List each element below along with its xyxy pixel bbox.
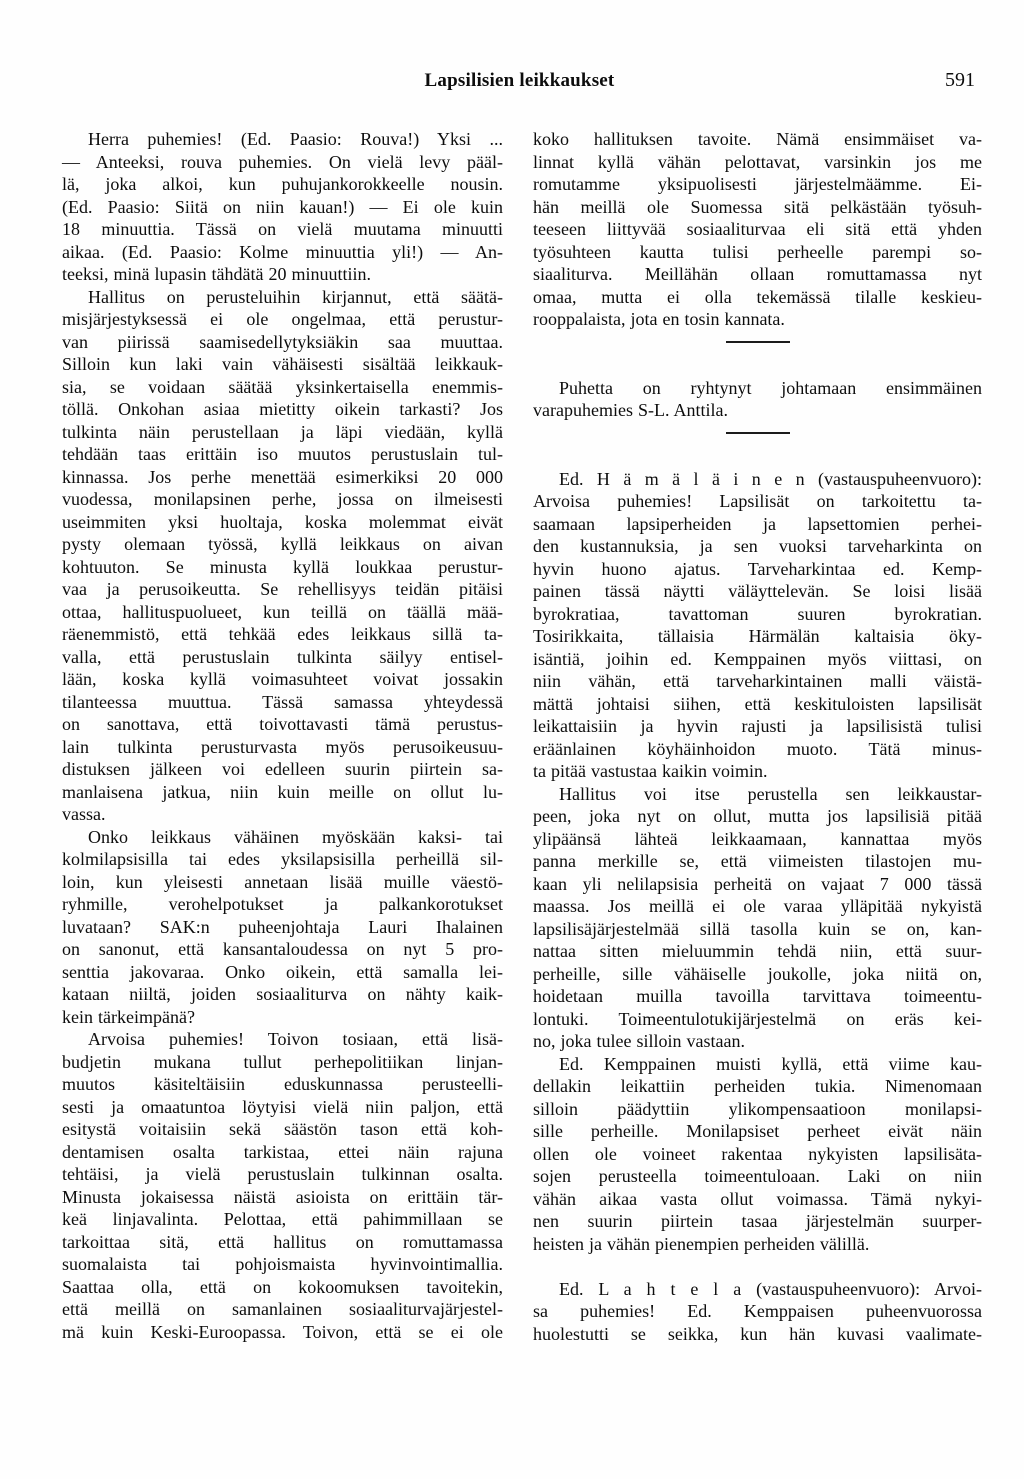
text-line: peen, joka nyt on ollut, mutta jos lapsi… <box>533 805 982 828</box>
text-line: töllä. Onkohan asiaa mietitty oikein tar… <box>62 398 503 421</box>
text-line: mättä johtaisi siihen, että keskituloist… <box>533 693 982 716</box>
text-line: eräänlainen köyhäinhoidon muoto. Tätä mi… <box>533 738 982 761</box>
text-line: sojen perusteella toimeentuloaan. Laki o… <box>533 1165 982 1188</box>
text-line: heisten ja vähän pienempien perheiden vä… <box>533 1233 982 1256</box>
text-line: koko hallituksen tavoite. Nämä ensimmäis… <box>533 128 982 151</box>
document-page: Lapsilisien leikkaukset 591 Herra puhemi… <box>0 0 1024 1479</box>
paragraph: Onko leikkaus vähäinen myöskään kaksi- t… <box>62 826 503 1029</box>
page-number: 591 <box>945 69 975 92</box>
text-line: huolestutti se seikka, kun hän kuvasi va… <box>533 1323 982 1346</box>
text-line: kohtuuton. Se minusta kyllä loukkaa peru… <box>62 556 503 579</box>
paragraph: Arvoisa puhemies! Toivon tosiaan, että l… <box>62 1028 503 1343</box>
text-line: että meillä on samanlainen sosiaaliturva… <box>62 1298 503 1321</box>
text-line: lapsilisäjärjestelmää sillä tasolla kuin… <box>533 918 982 941</box>
text-line: (Ed. Paasio: Siitä on niin kauan!) — Ei … <box>62 196 503 219</box>
text-line: Tosirikkaita, tällaisia Härmälän kaltais… <box>533 625 982 648</box>
paragraph: Hallitus on perusteluihin kirjannut, ett… <box>62 286 503 826</box>
text-line: ottaa, hallituspuolueet, kun teillä on t… <box>62 601 503 624</box>
text-line: räenemmistö, että tehkää edes leikkaus s… <box>62 623 503 646</box>
text-line: tilanteessa muuttua. Tässä samassa yhtey… <box>62 691 503 714</box>
paragraph: koko hallituksen tavoite. Nämä ensimmäis… <box>533 128 982 331</box>
text-line: hyvin huono ajatus. Tarveharkintaa ed. K… <box>533 558 982 581</box>
text-line: pysty olemaan työssä, kyllä leikkaus on … <box>62 533 503 556</box>
text-line: on sanonut, että kansantaloudessa on nyt… <box>62 938 503 961</box>
text-line: lontuki. Toimeentulotukijärjestelmä on e… <box>533 1008 982 1031</box>
section-divider <box>726 341 790 343</box>
text-line: hoidetaan muilla tavoilla tarvittava toi… <box>533 985 982 1008</box>
text-line: Hallitus voi itse perustella sen leikkau… <box>533 783 982 806</box>
text-line: kaan yli nelilapsisia perheitä on vajaat… <box>533 873 982 896</box>
section-divider <box>726 432 790 434</box>
text-line: senttia jakovaraa. Onko oikein, että sam… <box>62 961 503 984</box>
text-line: silloin päädyttiin ylikompensaatioon mon… <box>533 1098 982 1121</box>
text-line: — Anteeksi, rouva puhemies. On vielä lev… <box>62 151 503 174</box>
text-line: varapuhemies S-L. Anttila. <box>533 399 982 422</box>
text-line: budjetin mukana tullut perhepolitiikan l… <box>62 1051 503 1074</box>
text-line: Saattaa olla, että on kokoomuksen tavoit… <box>62 1276 503 1299</box>
paragraph: Ed. Kemppainen muisti kyllä, että viime … <box>533 1053 982 1256</box>
text-line: kein tärkeimpänä? <box>62 1006 503 1029</box>
text-line: vähän aikaa vasta ollut voimassa. Tämä n… <box>533 1188 982 1211</box>
vertical-gap <box>533 1255 982 1278</box>
paragraph: Ed. H ä m ä l ä i n e n (vastauspuheenvu… <box>533 468 982 783</box>
paragraph: Puhetta on ryhtynyt johtamaan ensimmäine… <box>533 377 982 422</box>
text-line: Hallitus on perusteluihin kirjannut, ett… <box>62 286 503 309</box>
text-line: Arvoisa puhemies! Lapsilisät on tarkoite… <box>533 490 982 513</box>
text-line: Onko leikkaus vähäinen myöskään kaksi- t… <box>62 826 503 849</box>
text-line: on sanottava, että toivottavasti tämä pe… <box>62 713 503 736</box>
text-line: sille perheille. Monilapsiset perheet ei… <box>533 1120 982 1143</box>
text-line: sia, se voidaan säätää yksinkertaisella … <box>62 376 503 399</box>
text-line: hän meillä ole Suomessa sitä pelkästään … <box>533 196 982 219</box>
text-line: maassa. Jos meillä ei ole varaa ylläpitä… <box>533 895 982 918</box>
text-line: esitystä voitaisiin sekä säästön tason e… <box>62 1118 503 1141</box>
text-line: ryhmille, verohelpotukset ja palkankorot… <box>62 893 503 916</box>
text-line: kinnassa. Jos perhe menettää esimerkiksi… <box>62 466 503 489</box>
text-line: tehdään taas erittäin iso muutos perustu… <box>62 443 503 466</box>
page-header: Lapsilisien leikkaukset 591 <box>62 70 977 98</box>
text-line: tulkinta näin perustellaan ja läpi viedä… <box>62 421 503 444</box>
text-line: panna merkille se, että viimeisten tilas… <box>533 850 982 873</box>
text-line: tarkoittaa sitä, että hallitus on romutt… <box>62 1231 503 1254</box>
text-line: Ed. L a h t e l a (vastauspuheenvuoro): … <box>533 1278 982 1301</box>
text-line: vassa. <box>62 803 503 826</box>
text-line: painen tässä näytti väläyttelevän. Se lo… <box>533 580 982 603</box>
text-line: Ed. Kemppainen muisti kyllä, että viime … <box>533 1053 982 1076</box>
text-line: useimmiten yksi huoltaja, koska molemmat… <box>62 511 503 534</box>
text-line: perheille, sille vähäiselle joukolle, jo… <box>533 963 982 986</box>
text-line: isäntiä, joihin ed. Kemppainen myös viit… <box>533 648 982 671</box>
text-line: ta pitää vastustaa kaikin voimin. <box>533 760 982 783</box>
text-line: teeksi, minä lupasin tähdätä 20 minuutti… <box>62 263 503 286</box>
text-line: nattaa sitten mieluummin tehdä niin, ett… <box>533 940 982 963</box>
text-line: mä kuin Keski-Euroopassa. Toivon, että s… <box>62 1321 503 1344</box>
text-line: luvataan? SAK:n puheenjohtaja Lauri Ihal… <box>62 916 503 939</box>
text-line: linnat kyllä vähän pelottavat, varsinkin… <box>533 151 982 174</box>
text-line: niin vähän, että tarveharkintainen malli… <box>533 670 982 693</box>
text-line: Ed. H ä m ä l ä i n e n (vastauspuheenvu… <box>533 468 982 491</box>
text-line: lain tulkinta perusturvasta myös perusoi… <box>62 736 503 759</box>
text-line: vuodessa, monilapsinen perhe, jossa on i… <box>62 488 503 511</box>
page-title: Lapsilisien leikkaukset <box>62 70 977 92</box>
text-line: siaaliturva. Meillähän ollaan romuttamas… <box>533 263 982 286</box>
text-line: keä linjavalinta. Pelottaa, että pahimmi… <box>62 1208 503 1231</box>
paragraph: Herra puhemies! (Ed. Paasio: Rouva!) Yks… <box>62 128 503 286</box>
text-line: teeseen liittyvää sosiaaliturvaa eli sit… <box>533 218 982 241</box>
text-line: lä, joka alkoi, kun puhujankorokkeelle n… <box>62 173 503 196</box>
text-line: ylipäänsä lähteä leikkaamaan, kannattaa … <box>533 828 982 851</box>
text-line: 18 minuuttia. Tässä on vielä muutama min… <box>62 218 503 241</box>
text-line: tehtäisi, ja vielä perustuslain tulkinna… <box>62 1163 503 1186</box>
text-line: dellakin leikattiin perheiden tukia. Nim… <box>533 1075 982 1098</box>
text-line: vaa ja perusoikeutta. Se rehellisyys tei… <box>62 578 503 601</box>
left-column: Herra puhemies! (Ed. Paasio: Rouva!) Yks… <box>62 128 503 1345</box>
text-line: ollen ole voineet rakentaa nykyisten lap… <box>533 1143 982 1166</box>
text-line: sa puhemies! Ed. Kemppaisen puheenvuoros… <box>533 1300 982 1323</box>
paragraph: Ed. L a h t e l a (vastauspuheenvuoro): … <box>533 1278 982 1346</box>
text-line: valla, että perustuslain tulkinta säilyy… <box>62 646 503 669</box>
text-line: työsuhteen kautta tulisi perheelle parem… <box>533 241 982 264</box>
text-line: dentamisen osalta tarkistaa, ettei näin … <box>62 1141 503 1164</box>
text-columns: Herra puhemies! (Ed. Paasio: Rouva!) Yks… <box>62 128 982 1345</box>
text-line: Arvoisa puhemies! Toivon tosiaan, että l… <box>62 1028 503 1051</box>
text-line: kolmilapsisilla tai edes yksilapsisilla … <box>62 848 503 871</box>
paragraph: Hallitus voi itse perustella sen leikkau… <box>533 783 982 1053</box>
text-line: byrokratiaa, tavattoman suuren byrokrati… <box>533 603 982 626</box>
text-line: sesti ja omaatuntoa löytyisi vielä niin … <box>62 1096 503 1119</box>
text-line: Herra puhemies! (Ed. Paasio: Rouva!) Yks… <box>62 128 503 151</box>
text-line: misjärjestyksessä ei ole ongelmaa, että … <box>62 308 503 331</box>
text-line: kataan niiltä, joiden sosiaaliturva on n… <box>62 983 503 1006</box>
text-line: rooppalaista, jota en tosin kannata. <box>533 308 982 331</box>
text-line: Minusta jokaisessa näistä asioista on er… <box>62 1186 503 1209</box>
text-line: romutamme yksipuolisesti järjestelmäämme… <box>533 173 982 196</box>
text-line: omaa, mutta ei olla tekemässä tilalle ke… <box>533 286 982 309</box>
text-line: nen suurin piirtein tasaa järjestelmän s… <box>533 1210 982 1233</box>
text-line: leikattaisiin ja hyvin rajusti ja lapsil… <box>533 715 982 738</box>
text-line: distuksen jälkeen voi edelleen suurin pi… <box>62 758 503 781</box>
text-line: loin, kun yleisesti annetaan lisää muill… <box>62 871 503 894</box>
text-line: den kustannuksia, ja sen vuoksi tarvehar… <box>533 535 982 558</box>
text-line: manlaisena jatkua, niin kuin meille on o… <box>62 781 503 804</box>
text-line: aikaa. (Ed. Paasio: Kolme minuuttia yli!… <box>62 241 503 264</box>
text-line: no, joka tulee silloin vastaan. <box>533 1030 982 1053</box>
text-line: saamaan lapsiperheiden ja lapsettomien p… <box>533 513 982 536</box>
text-line: van piirissä saamisedellytyksiäkin saa m… <box>62 331 503 354</box>
text-line: lään, koska kyllä voimasuhteet voivat jo… <box>62 668 503 691</box>
text-line: Puhetta on ryhtynyt johtamaan ensimmäine… <box>533 377 982 400</box>
text-line: Silloin kun laki vain vähäisesti sisältä… <box>62 353 503 376</box>
text-line: suomalaista tai pohjoismaista hyvinvoint… <box>62 1253 503 1276</box>
right-column: koko hallituksen tavoite. Nämä ensimmäis… <box>533 128 982 1345</box>
text-line: muutos käsiteltäisiin eduskunnassa perus… <box>62 1073 503 1096</box>
